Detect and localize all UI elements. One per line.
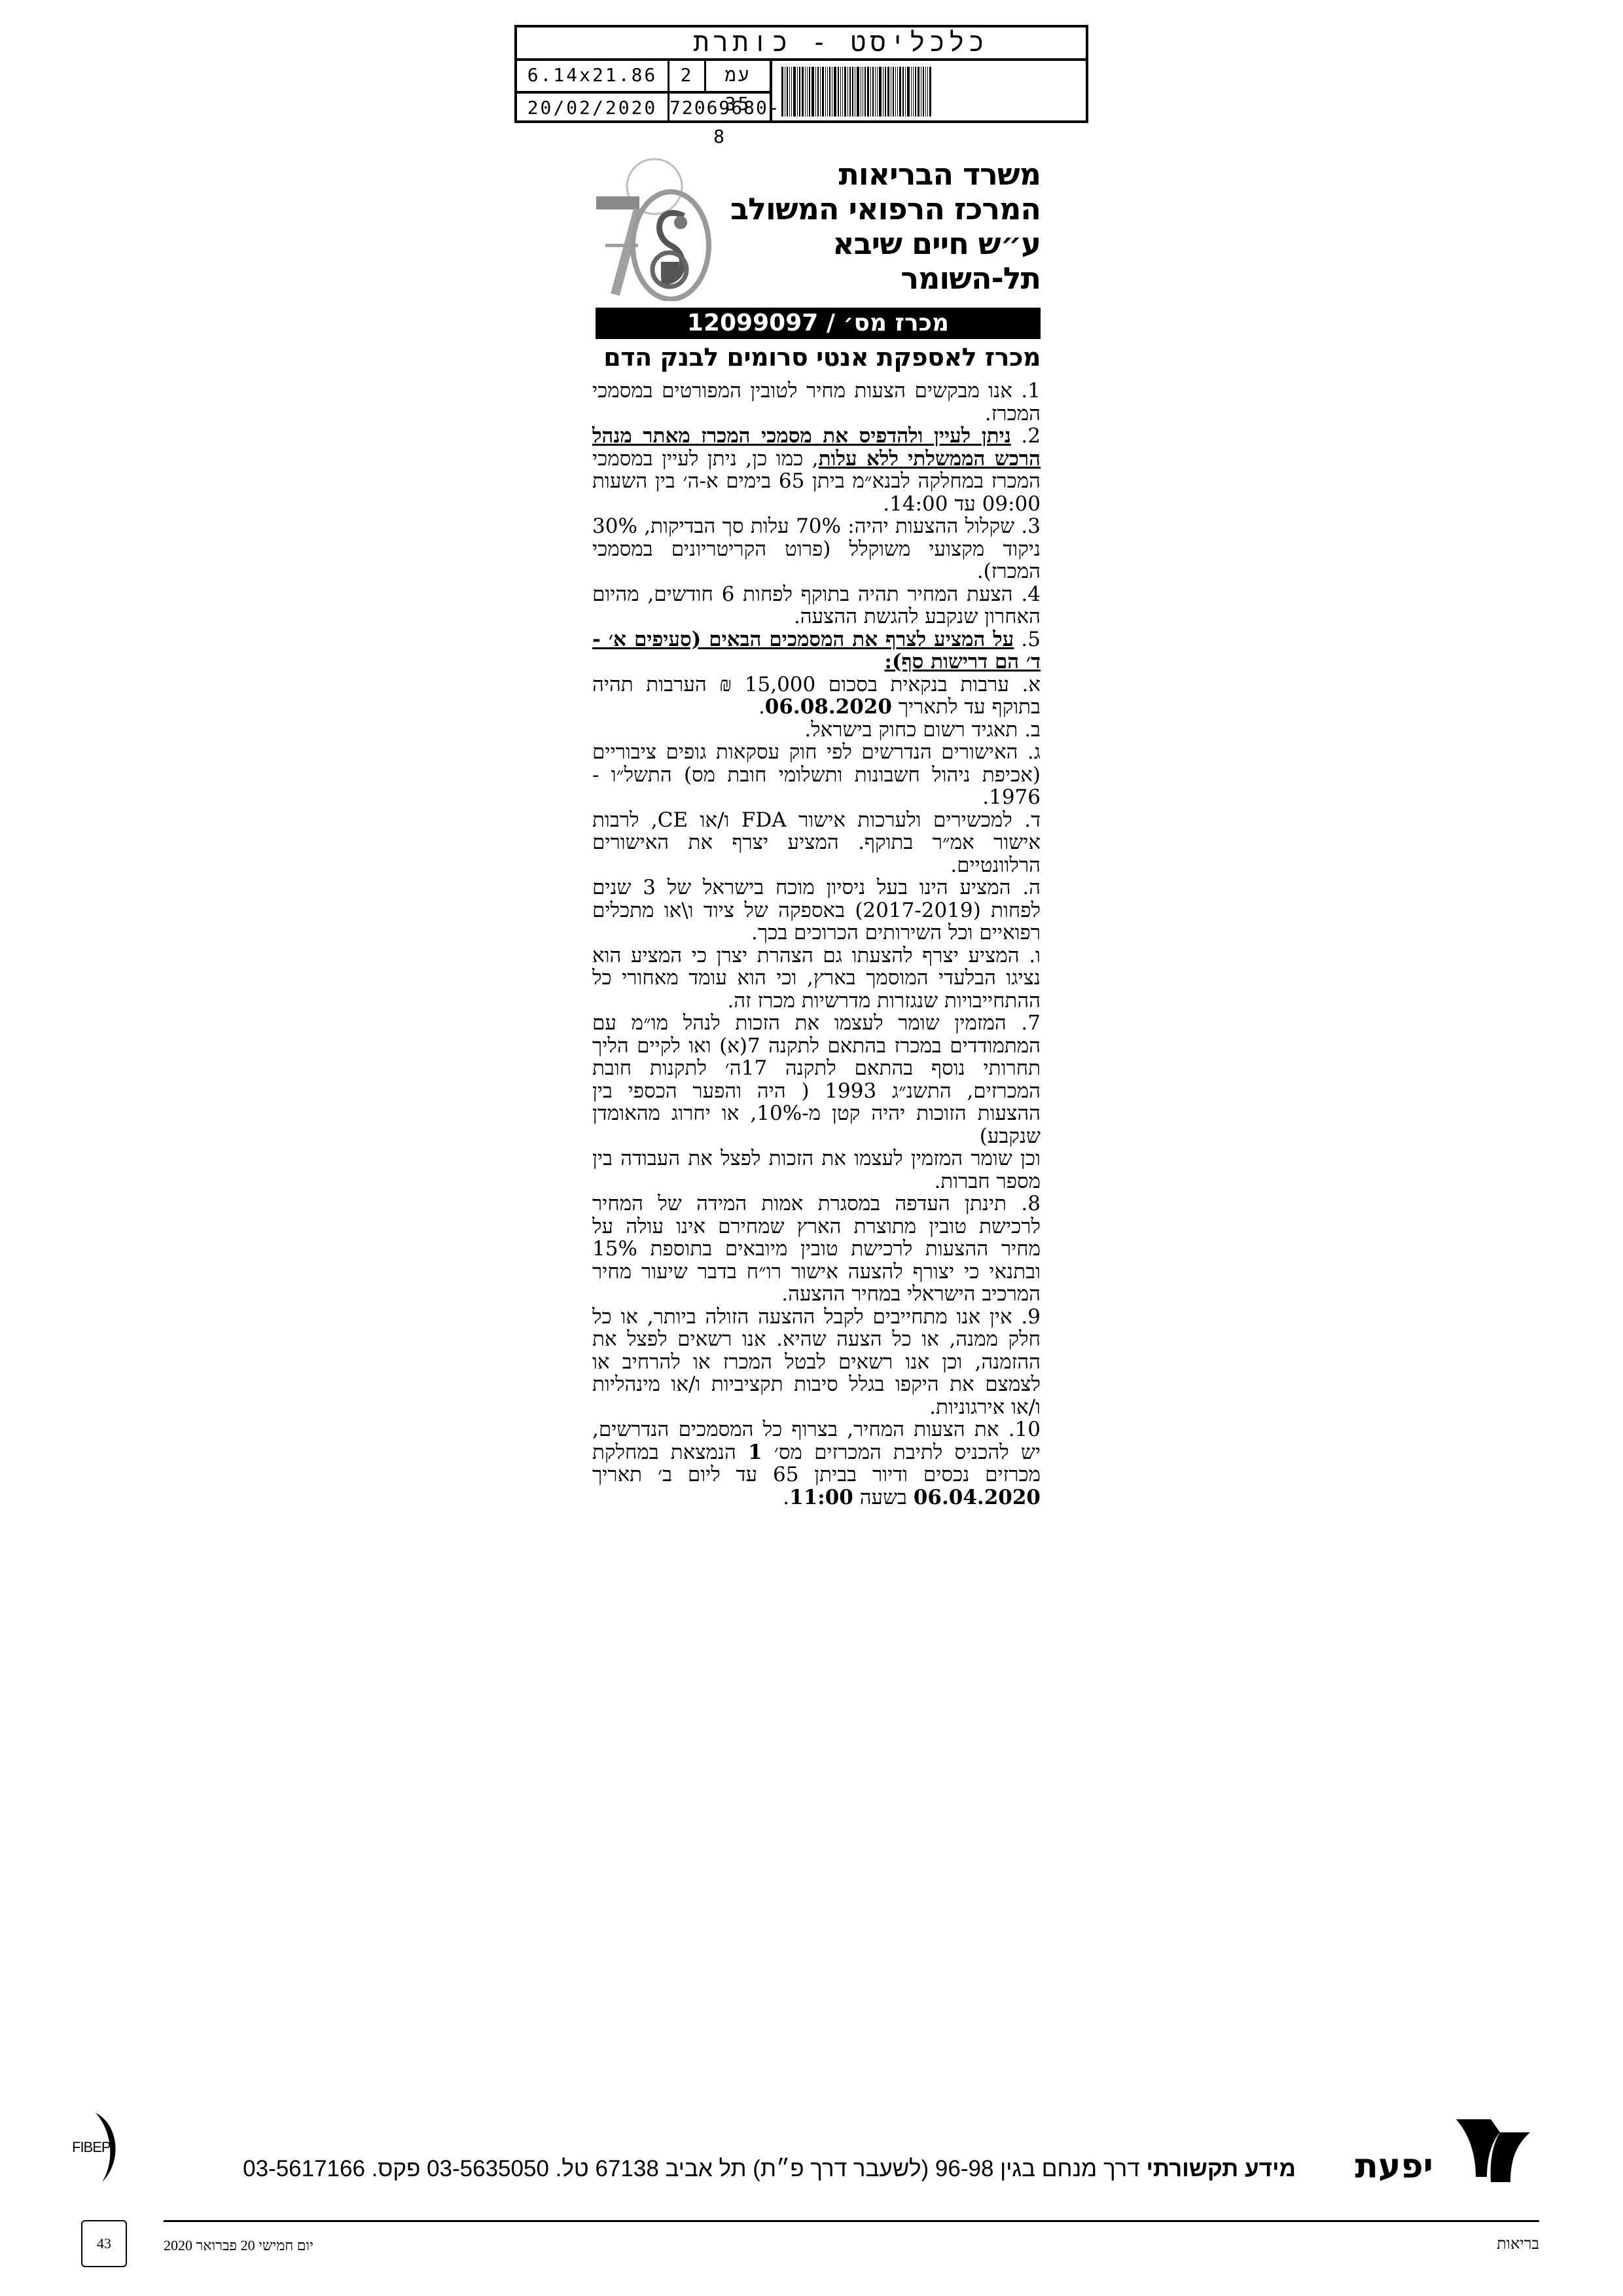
org-line: תל-השומר xyxy=(730,261,1041,296)
organization-name: משרד הבריאות המרכז הרפואי המשולב ע״ש חיי… xyxy=(730,157,1041,296)
yifat-brand-name: יפעת xyxy=(1355,2147,1433,2186)
org-line: משרד הבריאות xyxy=(730,157,1041,192)
tender-body: 1. אנו מבקשים הצעות מחיר לטובין המפורטים… xyxy=(592,380,1041,1509)
subclause-a: א. ערבות בנקאית בסכום 15,000 ₪ הערבות תה… xyxy=(592,673,1041,719)
clipping-page: עמ 35 xyxy=(706,61,772,94)
clipping-id: 72069680-8 xyxy=(669,94,772,123)
org-line: המרכז הרפואי המשולב xyxy=(730,192,1041,226)
subclause-d: ד. למכשירים ולערכות אישור FDA ו/או CE, ל… xyxy=(592,809,1041,877)
clause-1: 1. אנו מבקשים הצעות מחיר לטובין המפורטים… xyxy=(592,380,1041,425)
subclause-f: ו. המציע יצרף להצעתו גם הצהרת יצרן כי המ… xyxy=(592,944,1041,1013)
clipping-info-box: כלכליסט - כותרת 6.14x21.86 2 עמ 35 20/02… xyxy=(514,25,1088,123)
yifat-contact-line: מידע תקשורתי דרך מנחם בגין 96-98 (לשעבר … xyxy=(243,2155,1296,2183)
clipping-size: 6.14x21.86 xyxy=(517,61,669,94)
publication-date: יום חמישי 20 פברואר 2020 xyxy=(164,2237,313,2254)
subclause-e: ה. המציע הינו בעל ניסיון מוכח בישראל של … xyxy=(592,876,1041,944)
clause-3: 3. שקלול ההצעות יהיה: 70% עלות סך הבדיקו… xyxy=(592,515,1041,583)
clause-7-split: וכן שומר המזמין לעצמו את הזכות לפצל את ה… xyxy=(592,1147,1041,1193)
subclause-b: ב. תאגיד רשום כחוק בישראל. xyxy=(592,719,1041,742)
clipping-title: כלכליסט - כותרת xyxy=(517,27,1086,61)
org-line: ע״ש חיים שיבא xyxy=(730,226,1041,261)
fibep-label: FIBEP xyxy=(72,2139,111,2156)
clause-9: 9. אין אנו מתחייבים לקבל ההצעה הזולה ביו… xyxy=(592,1306,1041,1419)
clipping-section-number: 2 xyxy=(669,61,706,94)
subclause-c: ג. האישורים הנדרשים לפי חוק עסקאות גופים… xyxy=(592,741,1041,809)
yifat-tagline: מידע תקשורתי xyxy=(1146,2156,1296,2181)
page-number-box: 43 xyxy=(81,2220,127,2267)
tender-number-banner: מכרז מס׳ / 12099097 xyxy=(596,308,1041,339)
section-name: בריאות xyxy=(1497,2236,1539,2253)
yifat-logo-icon xyxy=(1440,2118,1531,2183)
clause-4: 4. הצעת המחיר תהיה בתוקף לפחות 6 חודשים,… xyxy=(592,583,1041,628)
yifat-address: דרך מנחם בגין 96-98 (לשעבר דרך פ״ת) תל א… xyxy=(243,2156,1140,2181)
clause-8: 8. תינתן העדפה במסגרת אמות המידה של המחי… xyxy=(592,1193,1041,1306)
sheba-70-logo-icon xyxy=(592,157,723,301)
tender-title: מכרז לאספקת אנטי סרומים לבנק הדם xyxy=(592,339,1041,376)
clause-7: 7. המזמין שומר לעצמו את הזכות לנהל מו״מ … xyxy=(592,1012,1041,1147)
footer-divider xyxy=(164,2220,1539,2222)
tender-advertisement: משרד הבריאות המרכז הרפואי המשולב ע״ש חיי… xyxy=(592,157,1041,1509)
ad-header: משרד הבריאות המרכז הרפואי המשולב ע״ש חיי… xyxy=(592,157,1041,304)
clause-5: 5. על המציע לצרף את המסמכים הבאים (סעיפי… xyxy=(592,628,1041,673)
clause-10: 10. את הצעות המחיר, בצרוף כל המסמכים הנד… xyxy=(592,1418,1041,1509)
clause-2: 2. ניתן לעיין ולהדפיס את מסמכי המכרז מאת… xyxy=(592,425,1041,515)
barcode-icon xyxy=(781,67,1069,117)
clipping-date: 20/02/2020 xyxy=(517,94,669,123)
